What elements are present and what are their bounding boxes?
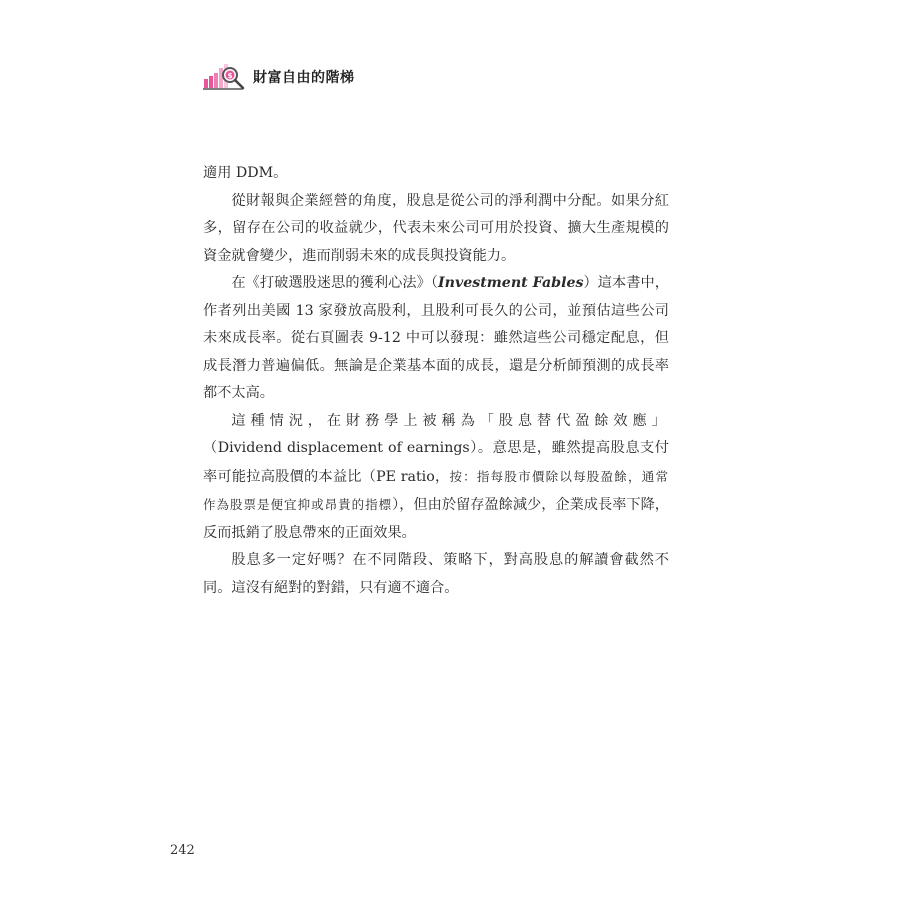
- text-segment: 股息多一定好嗎？在不同階段、策略下，對高股息的解讀會截然不同。這沒有絕對的對錯，…: [203, 552, 669, 596]
- paragraph: 股息多一定好嗎？在不同階段、策略下，對高股息的解讀會截然不同。這沒有絕對的對錯，…: [203, 547, 669, 602]
- body-text: 適用 DDM。 從財報與企業經營的角度，股息是從公司的淨利潤中分配。如果分紅多，…: [203, 160, 669, 602]
- bar-chart-magnifier-dollar-icon: $: [203, 62, 247, 92]
- paragraph: 這種情況，在財務學上被稱為「股息替代盈餘效應」（Dividend displac…: [203, 408, 669, 548]
- text-segment: 適用 DDM。: [203, 165, 287, 181]
- text-segment: 這種情況，在財務學上被稱為「股息替代盈餘效應」: [231, 413, 669, 429]
- text-segment: ）這本書中，作者列出美國 13 家發放高股利，且股利可長久的公司，並預估這些公司…: [203, 275, 669, 401]
- book-title: 財富自由的階梯: [253, 67, 355, 87]
- page-number: 242: [170, 843, 195, 858]
- running-header: $ 財富自由的階梯: [203, 62, 355, 92]
- text-segment: 在《打破選股迷思的獲利心法》（: [231, 275, 438, 291]
- paragraph: 在《打破選股迷思的獲利心法》（Investment Fables）這本書中，作者…: [203, 270, 669, 408]
- paragraph: 從財報與企業經營的角度，股息是從公司的淨利潤中分配。如果分紅多，留存在公司的收益…: [203, 188, 669, 271]
- paragraph: 適用 DDM。: [203, 160, 669, 188]
- text-segment: 從財報與企業經營的角度，股息是從公司的淨利潤中分配。如果分紅多，留存在公司的收益…: [203, 193, 669, 264]
- svg-text:$: $: [228, 72, 233, 80]
- book-title-english: Investment Fables: [438, 275, 583, 291]
